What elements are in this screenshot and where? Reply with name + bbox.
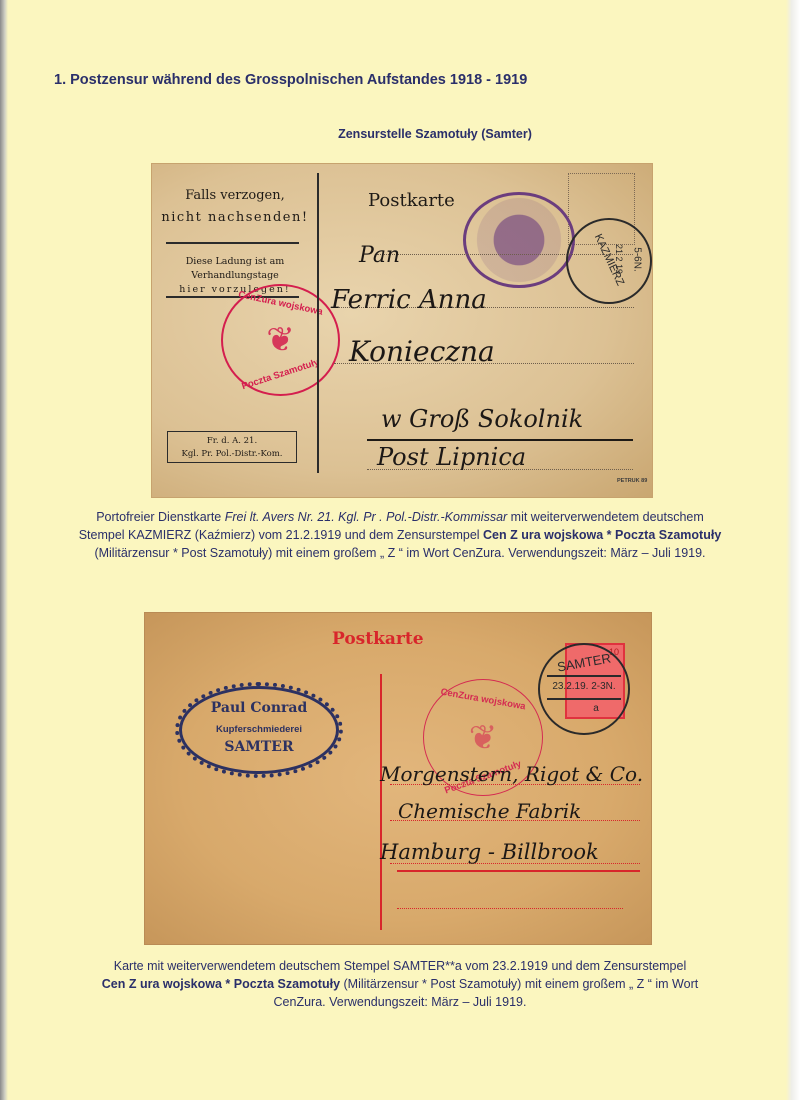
postmark-town: KAZMIERZ [586, 220, 632, 299]
sender-stamp: Paul Conrad Kupferschmiederei SAMTER [175, 682, 343, 778]
forwarding-notice-line1: Falls verzogen, [161, 185, 309, 207]
postcard-samter: Postkarte Paul Conrad Kupferschmiederei … [144, 612, 652, 945]
postmark-date: 21 2 19 [614, 218, 624, 300]
caption2-line1: Karte mit weiterverwendetem deutschem St… [40, 957, 760, 975]
caption2-bold: Cen Z ura wojskowa * Poczta Szamotuły [102, 977, 340, 991]
eagle-icon: ❦ [469, 721, 498, 755]
caption2-line2: Cen Z ura wojskowa * Poczta Szamotuły (M… [40, 975, 760, 993]
card-title: Postkarte [332, 629, 424, 649]
section-subheading: Zensurstelle Szamotuły (Samter) [0, 127, 800, 141]
postmark-town: SAMTER [539, 647, 628, 677]
caption1-italic: Frei lt. Avers Nr. 21. Kgl. Pr . Pol.-Di… [225, 510, 507, 524]
postmark-bar [547, 675, 621, 677]
address-line-1: Morgenstern, Rigot & Co. [380, 762, 643, 786]
violet-official-stamp [463, 192, 575, 288]
card-divider [317, 173, 319, 473]
caption-card2: Karte mit weiterverwendetem deutschem St… [40, 957, 760, 1011]
caption1-text: Stempel KAZMIERZ (Kaźmierz) vom 21.2.191… [79, 528, 483, 542]
franking-box: Fr. d. A. 21. Kgl. Pr. Pol.-Distr.-Kom. [167, 431, 297, 463]
address-line [397, 908, 623, 909]
caption1-text: mit weiterverwendetem deutschem [507, 510, 704, 524]
caption2-line3: CenZura. Verwendungszeit: März – Juli 19… [40, 993, 760, 1011]
forwarding-notice-line2: nicht nachsenden! [161, 207, 309, 229]
summons-line1: Diese Ladung ist am [161, 255, 309, 269]
censor-stamp-top-text: CenZura wojskowa [424, 684, 542, 715]
address-line-5: Post Lipnica [377, 443, 526, 471]
caption1-bold: Cen Z ura wojskowa * Poczta Szamotuły [483, 528, 721, 542]
summons-line2: Verhandlungstage [161, 269, 309, 283]
postmark-samter: SAMTER 23.2.19. 2-3N. a [538, 643, 630, 735]
address-line-3: Konieczna [349, 335, 495, 368]
caption-card1: Portofreier Dienstkarte Frei lt. Avers N… [40, 508, 760, 562]
address-line-3: Hamburg - Billbrook [380, 840, 599, 864]
postmark-date: 23.2.19. 2-3N. [540, 681, 628, 692]
rule [166, 242, 299, 244]
postmark-suffix: a [552, 703, 640, 714]
printer-mark: PETRUK 89 [617, 478, 647, 484]
card-divider [380, 674, 382, 930]
scan-edge-left [0, 0, 8, 1100]
caption1-line3: (Militärzensur * Post Szamotuły) mit ein… [40, 544, 760, 562]
franking-line1: Fr. d. A. 21. [168, 435, 296, 448]
censor-stamp: CenZura wojskowa ❦ Poczta Szamotuły [221, 284, 340, 396]
sender-stamp-town: SAMTER [179, 739, 339, 755]
address-line-1: Pan [359, 243, 400, 268]
postmark-kazmierz: KAZMIERZ 21 2 19 5-6N. [566, 218, 652, 304]
address-underline [367, 439, 633, 441]
address-line-2: Chemische Fabrik [398, 799, 581, 823]
card-title: Postkarte [368, 190, 455, 211]
sender-stamp-name: Paul Conrad [179, 700, 339, 716]
scan-edge-right [786, 0, 800, 1100]
caption1-text: Portofreier Dienstkarte [96, 510, 225, 524]
address-underline [397, 870, 640, 872]
postmark-time: 5-6N. [632, 219, 643, 301]
address-line-2: Ferric Anna [331, 285, 487, 315]
postmark-bar [547, 698, 621, 700]
forwarding-notice: Falls verzogen, nicht nachsenden! [161, 185, 309, 229]
franking-line2: Kgl. Pr. Pol.-Distr.-Kom. [168, 448, 296, 461]
address-line [377, 254, 633, 255]
sender-stamp-trade: Kupferschmiederei [179, 724, 339, 735]
postcard-kazmierz: Falls verzogen, nicht nachsenden! Diese … [151, 163, 653, 498]
caption1-line2: Stempel KAZMIERZ (Kaźmierz) vom 21.2.191… [40, 526, 760, 544]
eagle-icon: ❦ [266, 323, 295, 357]
address-line-4: w Groß Sokolnik [381, 405, 583, 433]
caption2-text: (Militärzensur * Post Szamotuły) mit ein… [340, 977, 698, 991]
caption1-line1: Portofreier Dienstkarte Frei lt. Avers N… [40, 508, 760, 526]
page-heading: 1. Postzensur während des Grosspolnische… [54, 72, 527, 88]
